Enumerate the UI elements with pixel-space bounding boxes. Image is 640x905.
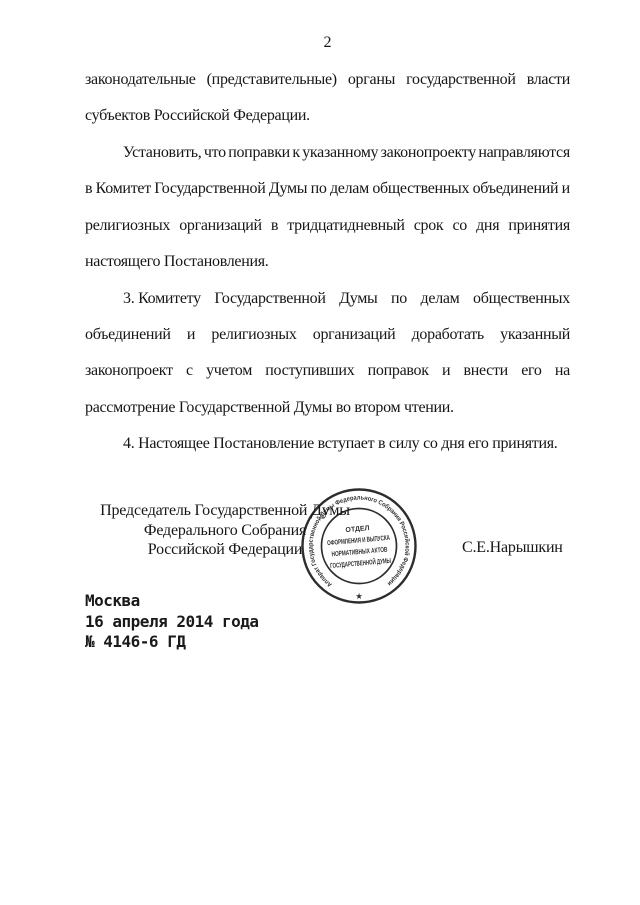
- stamp-center-line: НОРМАТИВНЫХ АКТОВ: [331, 547, 387, 559]
- body-text: законодательные(представительные)органыг…: [85, 62, 570, 462]
- text-line: 4. Настоящее Постановление вступает в си…: [85, 426, 570, 462]
- footer-block: Москва 16 апреля 2014 года № 4146-6 ГД: [85, 591, 259, 653]
- stamp-center-line: ОТДЕЛ: [345, 525, 370, 534]
- footer-date: 16 апреля 2014 года: [85, 612, 259, 633]
- duma-stamp: Аппарат Государственной Думы Федеральног…: [279, 466, 439, 626]
- text-line: 3. КомитетуГосударственнойДумыподеламобщ…: [85, 280, 570, 316]
- stamp-center-text: ОТДЕЛ ОФОРМЛЕНИЯ И ВЫПУСКА НОРМАТИВНЫХ А…: [326, 523, 392, 570]
- text-line: субъектов Российской Федерации.: [85, 98, 570, 134]
- stamp-star-icon: ★: [355, 592, 363, 602]
- document-page: 2 законодательные(представительные)орган…: [0, 0, 640, 905]
- text-line: законопроектсучетомпоступившихпоправокив…: [85, 353, 570, 389]
- stamp-outer-circle: [303, 490, 416, 603]
- text-line: религиозныхорганизацийвтридцатидневныйср…: [85, 208, 570, 244]
- text-line: вКомитетГосударственнойДумыподеламобщест…: [85, 171, 570, 207]
- text-line: объединенийирелигиозныхорганизацийдорабо…: [85, 317, 570, 353]
- stamp-center-line: ОФОРМЛЕНИЯ И ВЫПУСКА: [327, 535, 390, 547]
- text-line: законодательные(представительные)органыг…: [85, 62, 570, 98]
- text-line: настоящего Постановления.: [85, 244, 570, 280]
- text-line: рассмотрение Государственной Думы во вто…: [85, 390, 570, 426]
- page-number: 2: [85, 34, 570, 52]
- footer-city: Москва: [85, 591, 259, 612]
- signer-name: С.Е.Нарышкин: [462, 539, 563, 557]
- footer-number: № 4146-6 ГД: [85, 632, 259, 653]
- text-line: Установить,чтопоправкикуказанномузаконоп…: [85, 135, 570, 171]
- stamp-center-line: ГОСУДАРСТВЕННОЙ ДУМЫ: [330, 556, 392, 570]
